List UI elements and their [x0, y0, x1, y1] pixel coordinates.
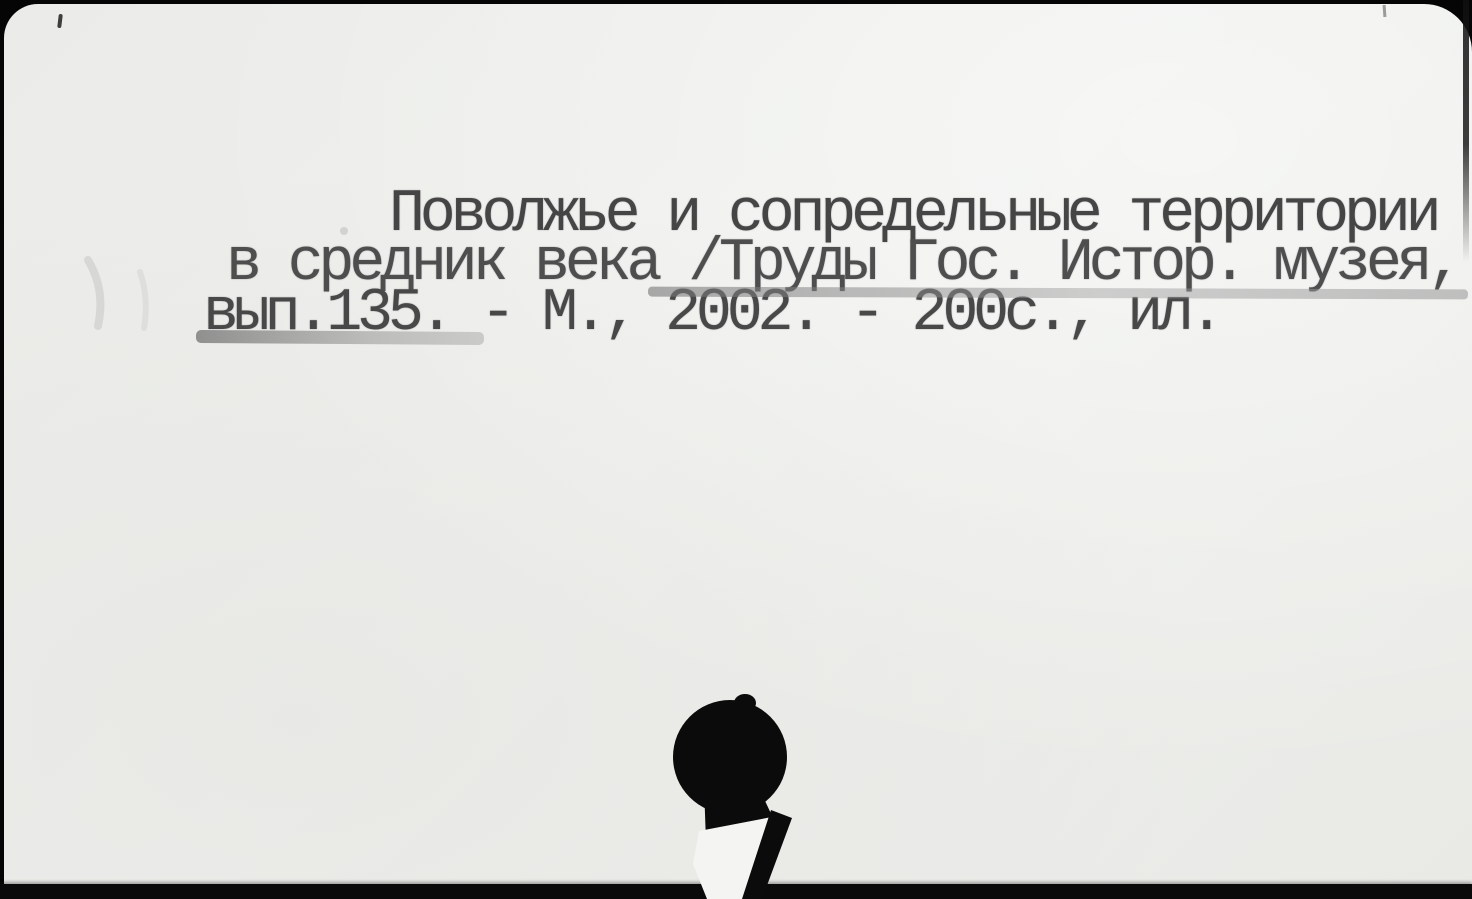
marker-underline-issue: [196, 330, 484, 345]
bottom-scan-bar: [0, 884, 1472, 899]
scan-background: Поволжье и сопредельные территории в сре…: [0, 0, 1472, 899]
right-scan-edge: [1463, 0, 1469, 262]
catalog-card-paper: [4, 4, 1472, 899]
